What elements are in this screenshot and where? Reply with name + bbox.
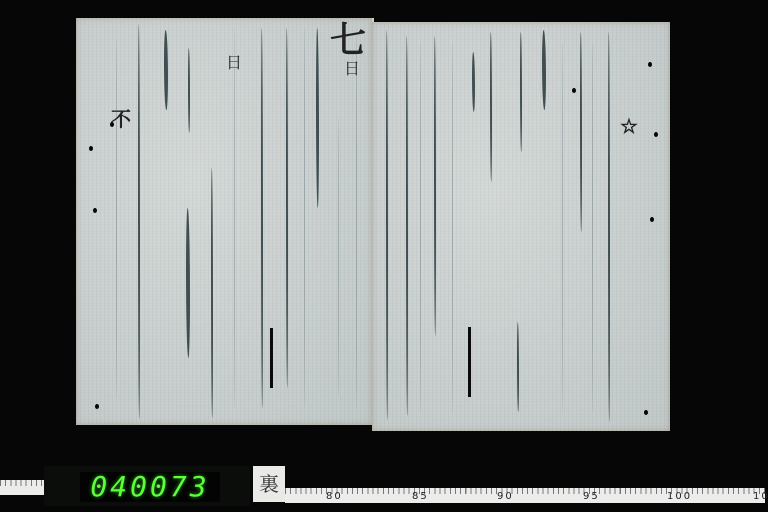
measuring-ruler: 80 85 90 95 100 10 bbox=[285, 488, 765, 503]
ruler-label: 10 bbox=[753, 491, 768, 502]
ruler-label: 100 bbox=[667, 491, 692, 502]
ruler-label: 90 bbox=[497, 491, 514, 502]
manuscript-right-page: ☆ bbox=[372, 22, 670, 431]
side-mark: ☆ bbox=[620, 114, 638, 138]
side-mark: 不 bbox=[111, 103, 131, 132]
reverse-side-label: 裏 bbox=[253, 466, 285, 502]
character: 日 bbox=[344, 56, 360, 79]
measuring-ruler-left bbox=[0, 480, 44, 495]
manuscript-left-page: 七 日 日 不 bbox=[76, 18, 374, 425]
ruler-label: 95 bbox=[583, 491, 600, 502]
ruler-label: 85 bbox=[412, 491, 429, 502]
photo-stage: 七 日 日 不 ☆ bbox=[0, 0, 768, 512]
counter-display: 040073 bbox=[80, 472, 220, 502]
ruler-label: 80 bbox=[326, 491, 343, 502]
